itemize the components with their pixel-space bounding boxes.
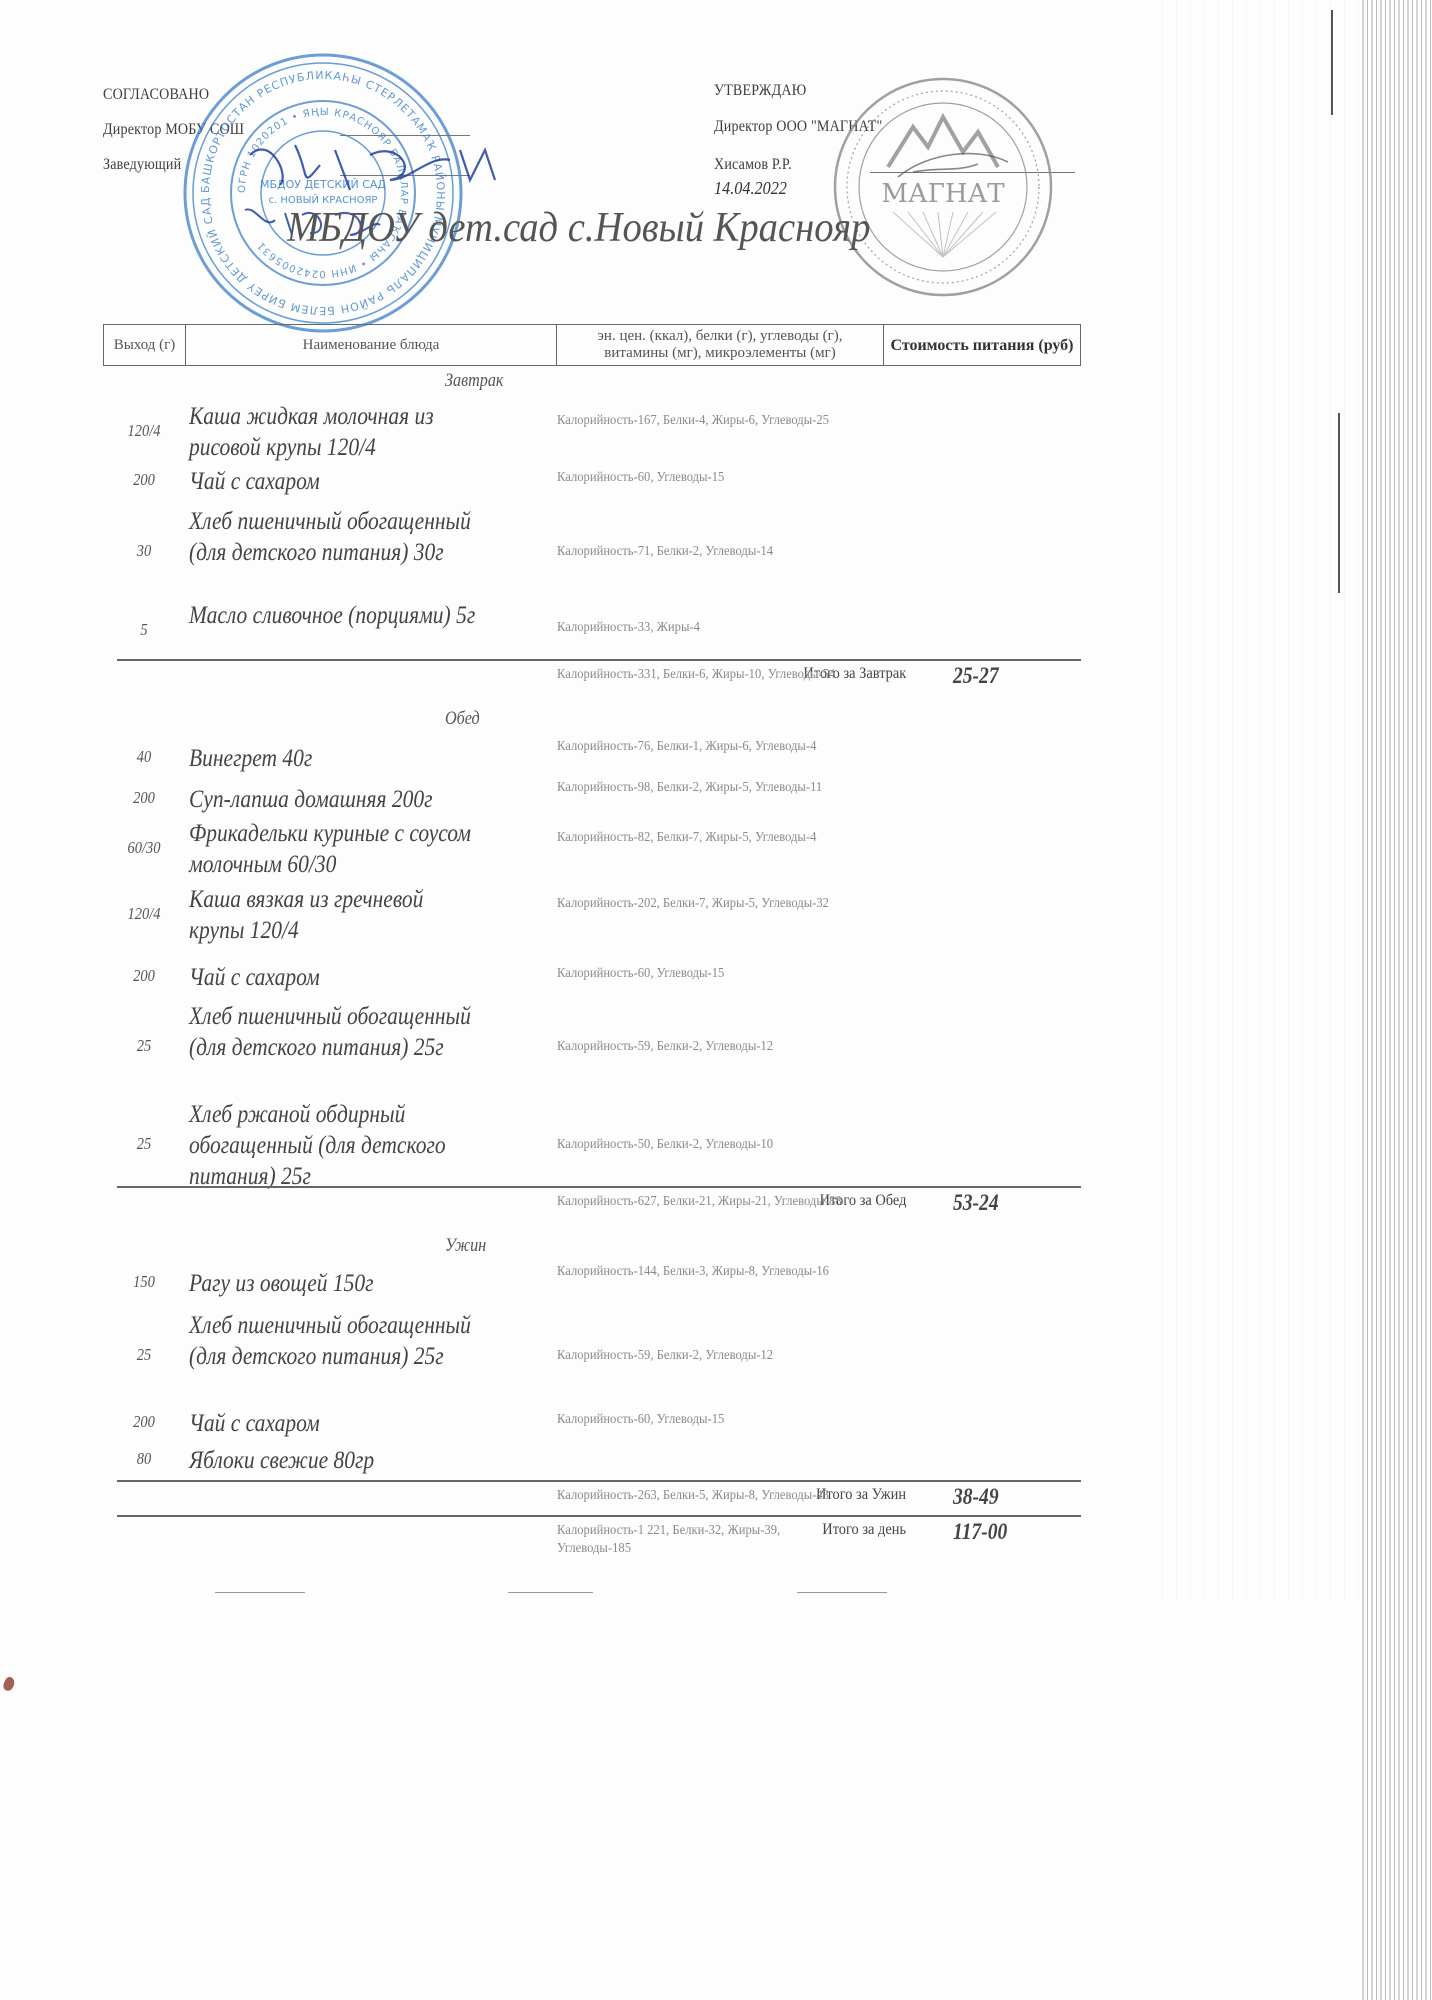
scan-fold-line — [1338, 413, 1340, 593]
day-total-nutrition: Калорийность-1 221, Белки-32, Жиры-39, У… — [557, 1522, 845, 1558]
item-nutrition: Калорийность-144, Белки-3, Жиры-8, Углев… — [557, 1263, 845, 1281]
meal-total-cost: 53-24 — [953, 1190, 999, 1216]
menu-item-row: 120/4Каша жидкая молочная из рисовой кру… — [103, 400, 1081, 464]
col-nutrition-header: эн. цен. (ккал), белки (г), углеводы (г)… — [557, 325, 884, 366]
blank-line — [797, 1592, 887, 1593]
section-divider — [117, 659, 1081, 661]
approval-right-date: 14.04.2022 — [714, 178, 787, 199]
meal-total-nutrition: Калорийность-331, Белки-6, Жиры-10, Угле… — [557, 666, 845, 684]
stamp-right-icon: МАГНАТ — [828, 72, 1058, 302]
menu-item-row: 150Рагу из овощей 150гКалорийность-144, … — [103, 1265, 1081, 1301]
item-dish-name: Фрикадельки куриные с соусом молочным 60… — [189, 818, 481, 880]
item-weight: 30 — [109, 541, 179, 561]
item-dish-name: Каша вязкая из гречневой крупы 120/4 — [189, 884, 481, 946]
item-dish-name: Суп-лапша домашняя 200г — [189, 784, 481, 815]
day-total-cost: 117-00 — [953, 1519, 1007, 1545]
meal-section-title: Завтрак — [445, 370, 503, 392]
item-weight: 200 — [109, 470, 179, 490]
menu-item-row: 200Чай с сахаромКалорийность-60, Углевод… — [103, 466, 1081, 496]
col-cost-header: Стоимость питания (руб) — [884, 325, 1081, 366]
item-nutrition: Калорийность-50, Белки-2, Углеводы-10 — [557, 1136, 845, 1154]
item-weight: 120/4 — [109, 904, 179, 924]
item-dish-name: Каша жидкая молочная из рисовой крупы 12… — [189, 401, 481, 463]
item-nutrition: Калорийность-60, Углеводы-15 — [557, 1411, 845, 1429]
item-dish-name: Винегрет 40г — [189, 743, 481, 774]
section-divider — [117, 1515, 1081, 1517]
item-nutrition: Калорийность-202, Белки-7, Жиры-5, Углев… — [557, 895, 845, 913]
item-dish-name: Хлеб пшеничный обогащенный (для детского… — [189, 1001, 481, 1063]
menu-item-row: 30Хлеб пшеничный обогащенный (для детско… — [103, 505, 1081, 599]
menu-item-row: 5Масло сливочное (порциями) 5гКалорийнос… — [103, 601, 1081, 661]
stamp-right-label: МАГНАТ — [881, 179, 1005, 209]
item-nutrition: Калорийность-59, Белки-2, Углеводы-12 — [557, 1347, 845, 1365]
item-dish-name: Рагу из овощей 150г — [189, 1268, 481, 1299]
meal-total-nutrition: Калорийность-263, Белки-5, Жиры-8, Углев… — [557, 1487, 845, 1505]
item-dish-name: Масло сливочное (порциями) 5г — [189, 600, 481, 631]
menu-item-row: 120/4Каша вязкая из гречневой крупы 120/… — [103, 892, 1081, 938]
item-weight: 25 — [109, 1345, 179, 1365]
meal-total-cost: 25-27 — [953, 663, 999, 689]
col-nutrition-line1: эн. цен. (ккал), белки (г), углеводы (г)… — [597, 328, 842, 344]
item-weight: 200 — [109, 966, 179, 986]
menu-item-row: 200Чай с сахаромКалорийность-60, Углевод… — [103, 962, 1081, 992]
item-nutrition: Калорийность-33, Жиры-4 — [557, 619, 845, 637]
section-divider — [117, 1186, 1081, 1188]
item-dish-name: Чай с сахаром — [189, 1408, 481, 1439]
item-nutrition: Калорийность-71, Белки-2, Углеводы-14 — [557, 543, 845, 561]
menu-item-row: 25Хлеб пшеничный обогащенный (для детско… — [103, 1000, 1081, 1094]
document-title: МБДОУ дет.сад с.Новый Краснояр — [287, 204, 870, 252]
item-dish-name: Хлеб ржаной обдирный обогащенный (для де… — [189, 1099, 481, 1192]
menu-table-header: Выход (г) Наименование блюда эн. цен. (к… — [103, 324, 1081, 366]
menu-item-row: 80Яблоки свежие 80гр — [103, 1443, 1081, 1477]
scan-fold-line — [1331, 10, 1333, 115]
item-dish-name: Яблоки свежие 80гр — [189, 1445, 481, 1476]
scan-mark — [2, 1676, 17, 1693]
approval-right-heading: УТВЕРЖДАЮ — [714, 82, 806, 100]
menu-item-row: 60/30Фрикадельки куриные с соусом молочн… — [103, 826, 1081, 872]
item-nutrition: Калорийность-98, Белки-2, Жиры-5, Углево… — [557, 779, 845, 797]
menu-item-row: 25Хлеб ржаной обдирный обогащенный (для … — [103, 1098, 1081, 1192]
item-dish-name: Хлеб пшеничный обогащенный (для детского… — [189, 1310, 481, 1372]
col-nutrition-line2: витамины (мг), микроэлементы (мг) — [604, 345, 836, 361]
meal-section-title: Обед — [445, 708, 480, 730]
item-dish-name: Чай с сахаром — [189, 466, 481, 497]
item-weight: 150 — [109, 1272, 179, 1292]
item-nutrition: Калорийность-82, Белки-7, Жиры-5, Углево… — [557, 829, 845, 847]
item-dish-name: Хлеб пшеничный обогащенный (для детского… — [189, 506, 481, 568]
item-weight: 25 — [109, 1036, 179, 1056]
item-weight: 200 — [109, 1412, 179, 1432]
item-weight: 5 — [109, 620, 179, 640]
meal-total-cost: 38-49 — [953, 1484, 999, 1510]
menu-item-row: 200Суп-лапша домашняя 200гКалорийность-9… — [103, 780, 1081, 818]
item-weight: 60/30 — [109, 838, 179, 858]
approval-left-role: Заведующий — [103, 156, 181, 174]
item-weight: 200 — [109, 788, 179, 808]
item-nutrition: Калорийность-60, Углеводы-15 — [557, 469, 845, 487]
scan-noise — [1162, 0, 1362, 1600]
col-weight-header: Выход (г) — [104, 325, 186, 366]
item-nutrition: Калорийность-76, Белки-1, Жиры-6, Углево… — [557, 738, 845, 756]
item-nutrition: Калорийность-60, Углеводы-15 — [557, 965, 845, 983]
scan-edge-shadow — [1362, 0, 1432, 2000]
menu-item-row: 200Чай с сахаромКалорийность-60, Углевод… — [103, 1408, 1081, 1438]
menu-item-row: 40Винегрет 40гКалорийность-76, Белки-1, … — [103, 740, 1081, 776]
item-weight: 25 — [109, 1134, 179, 1154]
meal-section-title: Ужин — [445, 1235, 486, 1257]
item-nutrition: Калорийность-59, Белки-2, Углеводы-12 — [557, 1038, 845, 1056]
col-dish-header: Наименование блюда — [186, 325, 557, 366]
section-divider — [117, 1480, 1081, 1482]
menu-item-row: 25Хлеб пшеничный обогащенный (для детско… — [103, 1309, 1081, 1403]
approval-right-name: Хисамов Р.Р. — [714, 156, 792, 174]
item-nutrition: Калорийность-167, Белки-4, Жиры-6, Углев… — [557, 412, 845, 430]
meal-total-nutrition: Калорийность-627, Белки-21, Жиры-21, Угл… — [557, 1193, 845, 1211]
item-weight: 120/4 — [109, 421, 179, 441]
blank-line — [508, 1592, 593, 1593]
item-weight: 40 — [109, 747, 179, 767]
blank-line — [215, 1592, 305, 1593]
item-weight: 80 — [109, 1449, 179, 1469]
item-dish-name: Чай с сахаром — [189, 962, 481, 993]
